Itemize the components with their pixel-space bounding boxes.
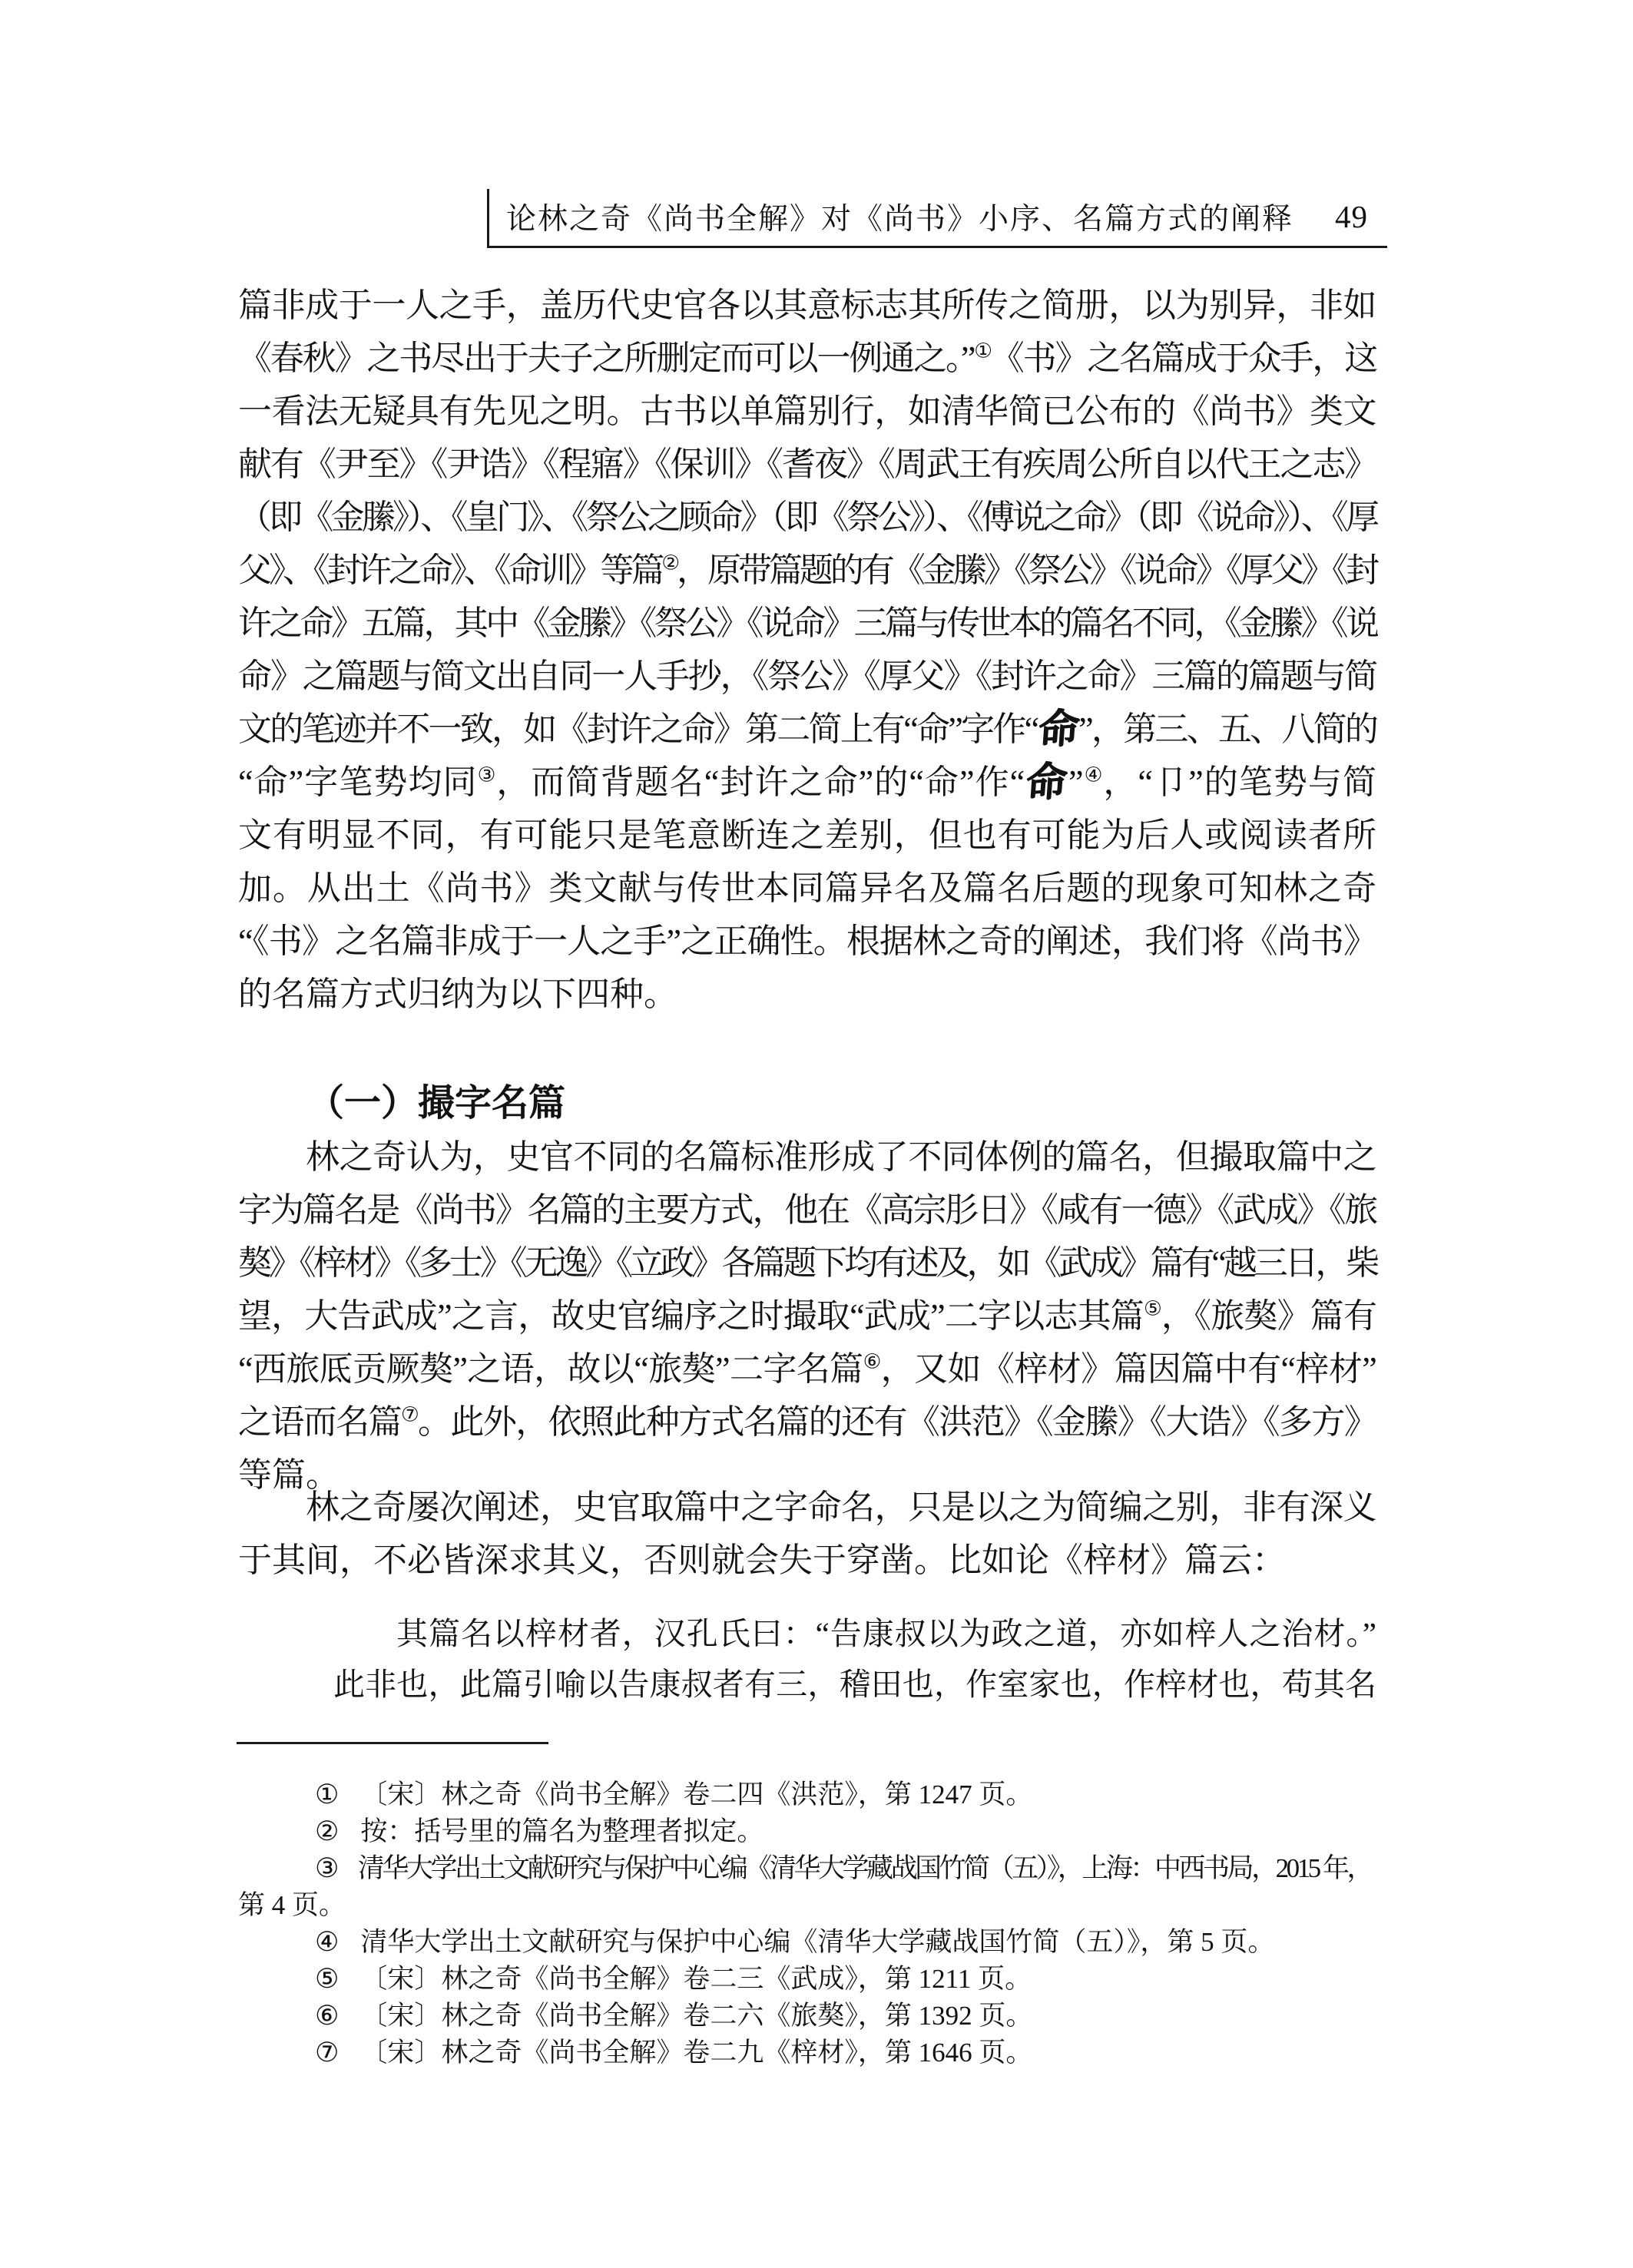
footnote-separator-rule (237, 1742, 548, 1744)
text-line: 一看法无疑具有先见之明。古书以单篇别行，如清华简已公布的《尚书》类文 (238, 385, 1376, 438)
footnote: ①〔宋〕林之奇《尚书全解》卷二四《洪范》，第 1247 页。 (238, 1776, 1376, 1813)
footnotes: ①〔宋〕林之奇《尚书全解》卷二四《洪范》，第 1247 页。②按：括号里的篇名为… (238, 1776, 1376, 2071)
footnote-text: 〔宋〕林之奇《尚书全解》卷二六《旅獒》，第 1392 页。 (360, 2001, 1032, 2031)
text-line: 的名篇方式归纳为以下四种。 (238, 968, 1376, 1021)
bamboo-script-ming-glyph: 命 (1025, 761, 1068, 805)
running-title: 论林之奇《尚书全解》对《尚书》小序、名篇方式的阐释 (506, 195, 1293, 238)
text-line: 献有《尹至》《尹诰》《程寤》《保训》《耆夜》《周武王有疾周公所自以代王之志》 (238, 438, 1376, 491)
text-line: 獒》《梓材》《多士》《无逸》《立政》各篇题下均有述及，如《武成》篇有“越三日，柴 (238, 1237, 1376, 1290)
footnote: ⑤〔宋〕林之奇《尚书全解》卷二三《武成》，第 1211 页。 (238, 1961, 1376, 1998)
bamboo-script-ming-glyph: 命 (1037, 708, 1078, 752)
footnote: ⑥〔宋〕林之奇《尚书全解》卷二六《旅獒》，第 1392 页。 (238, 1998, 1376, 2035)
footnote-marker: ⑦ (315, 2038, 339, 2068)
section-heading: （一）撮字名篇 (238, 1077, 1376, 1131)
footnote-marker: ② (315, 1816, 339, 1846)
text-line: 林之奇认为，史官不同的名篇标准形成了不同体例的篇名，但撮取篇中之 (238, 1131, 1376, 1184)
footnote-text: 〔宋〕林之奇《尚书全解》卷二四《洪范》，第 1247 页。 (360, 1780, 1032, 1809)
footnote-marker: ⑥ (315, 2001, 339, 2031)
footnote-marker: ③ (315, 1853, 336, 1883)
text-line: 文有明显不同，有可能只是笔意断连之差别，但也有可能为后人或阅读者所 (238, 809, 1376, 862)
footnote-text: 按：括号里的篇名为整理者拟定。 (360, 1816, 764, 1846)
footnote: ③清华大学出土文献研究与保护中心编《清华大学藏战国竹简（五）》，上海：中西书局，… (238, 1850, 1376, 1887)
footnote-ref: ⑦ (401, 1402, 418, 1425)
text-line: “西旅厎贡厥獒”之语，故以“旅獒”二字名篇⑥，又如《梓材》篇因篇中有“梓材” (238, 1343, 1376, 1396)
text-line: 之语而名篇⑦。此外，依照此种方式名篇的还有《洪范》《金縢》《大诰》《多方》 (238, 1396, 1376, 1449)
footnote: ④清华大学出土文献研究与保护中心编《清华大学藏战国竹简（五）》，第 5 页。 (238, 1924, 1376, 1961)
text-line: 于其间，不必皆深求其义，否则就会失于穿凿。比如论《梓材》篇云： (238, 1534, 1376, 1587)
footnote-ref: ⑤ (1144, 1296, 1161, 1319)
running-header: 论林之奇《尚书全解》对《尚书》小序、名篇方式的阐释 49 (487, 187, 1387, 248)
text-line: “命”字笔势均同③，而简背题名“封许之命”的“命”作“命”④，“卩”的笔势与简 (238, 756, 1376, 809)
footnote-marker: ① (315, 1780, 339, 1809)
text-line: “《书》之名篇非成于一人之手”之正确性。根据林之奇的阐述，我们将《尚书》 (238, 915, 1376, 968)
text-line: 文的笔迹并不一致，如《封许之命》第二简上有“命”字作“命”，第三、五、八简的 (238, 703, 1376, 756)
text-line: 林之奇屡次阐述，史官取篇中之字命名，只是以之为简编之别，非有深义 (238, 1481, 1376, 1534)
text-line: 父》、《封许之命》、《命训》等篇②，原带篇题的有《金縢》《祭公》《说命》《厚父》… (238, 544, 1376, 597)
footnote-continuation: 第 4 页。 (238, 1887, 1376, 1924)
footnote-ref: ① (974, 339, 991, 362)
page-number: 49 (1335, 198, 1368, 235)
footnote-marker: ④ (315, 1927, 339, 1957)
block-quote: 其篇名以梓材者，汉孔氏曰：“告康叔以为政之道，亦如梓人之治材。”此非也，此篇引喻… (333, 1608, 1376, 1710)
paragraph-1: 篇非成于一人之手，盖历代史官各以其意标志其所传之简册，以为别异，非如《春秋》之书… (238, 279, 1376, 1021)
text-line: 其篇名以梓材者，汉孔氏曰：“告康叔以为政之道，亦如梓人之治材。” (333, 1608, 1376, 1659)
footnote-ref: ② (661, 551, 677, 574)
footnote-text: 清华大学出土文献研究与保护中心编《清华大学藏战国竹简（五）》，上海：中西书局，2… (358, 1853, 1371, 1883)
footnote-text: 清华大学出土文献研究与保护中心编《清华大学藏战国竹简（五）》，第 5 页。 (360, 1927, 1274, 1957)
footnote-ref: ④ (1084, 763, 1104, 786)
text-line: 字为篇名是《尚书》名篇的主要方式，他在《高宗肜日》《咸有一德》《武成》《旅 (238, 1184, 1376, 1237)
text-line: 《春秋》之书尽出于夫子之所删定而可以一例通之。”①《书》之名篇成于众手，这 (238, 332, 1376, 385)
text-line: 许之命》五篇，其中《金縢》《祭公》《说命》三篇与传世本的篇名不同，《金縢》《说 (238, 597, 1376, 650)
text-line: 望，大告武成”之言，故史官编序之时撮取“武成”二字以志其篇⑤，《旅獒》篇有 (238, 1290, 1376, 1343)
journal-page: 论林之奇《尚书全解》对《尚书》小序、名篇方式的阐释 49 篇非成于一人之手，盖历… (0, 0, 1633, 2268)
footnote-text: 〔宋〕林之奇《尚书全解》卷二三《武成》，第 1211 页。 (360, 1964, 1032, 1994)
paragraph-3: 林之奇屡次阐述，史官取篇中之字命名，只是以之为简编之别，非有深义于其间，不必皆深… (238, 1481, 1376, 1587)
footnote: ⑦〔宋〕林之奇《尚书全解》卷二九《梓材》，第 1646 页。 (238, 2035, 1376, 2071)
text-line: 篇非成于一人之手，盖历代史官各以其意标志其所传之简册，以为别异，非如 (238, 279, 1376, 332)
text-line: 此非也，此篇引喻以告康叔者有三，稽田也，作室家也，作梓材也，苟其名 (333, 1659, 1376, 1710)
text-line: 命》之篇题与简文出自同一人手抄，《祭公》《厚父》《封许之命》三篇的篇题与简 (238, 650, 1376, 703)
text-line: 加。从出土《尚书》类文献与传世本同篇异名及篇名后题的现象可知林之奇 (238, 862, 1376, 915)
footnote-ref: ③ (478, 763, 497, 786)
footnote: ②按：括号里的篇名为整理者拟定。 (238, 1813, 1376, 1850)
paragraph-2: 林之奇认为，史官不同的名篇标准形成了不同体例的篇名，但撮取篇中之字为篇名是《尚书… (238, 1131, 1376, 1502)
footnote-marker: ⑤ (315, 1964, 339, 1994)
footnote-ref: ⑥ (863, 1349, 881, 1372)
footnote-text: 〔宋〕林之奇《尚书全解》卷二九《梓材》，第 1646 页。 (360, 2038, 1032, 2068)
text-line: （即《金縢》）、《皇门》、《祭公之顾命》（即《祭公》）、《傅说之命》（即《说命》… (238, 491, 1376, 544)
